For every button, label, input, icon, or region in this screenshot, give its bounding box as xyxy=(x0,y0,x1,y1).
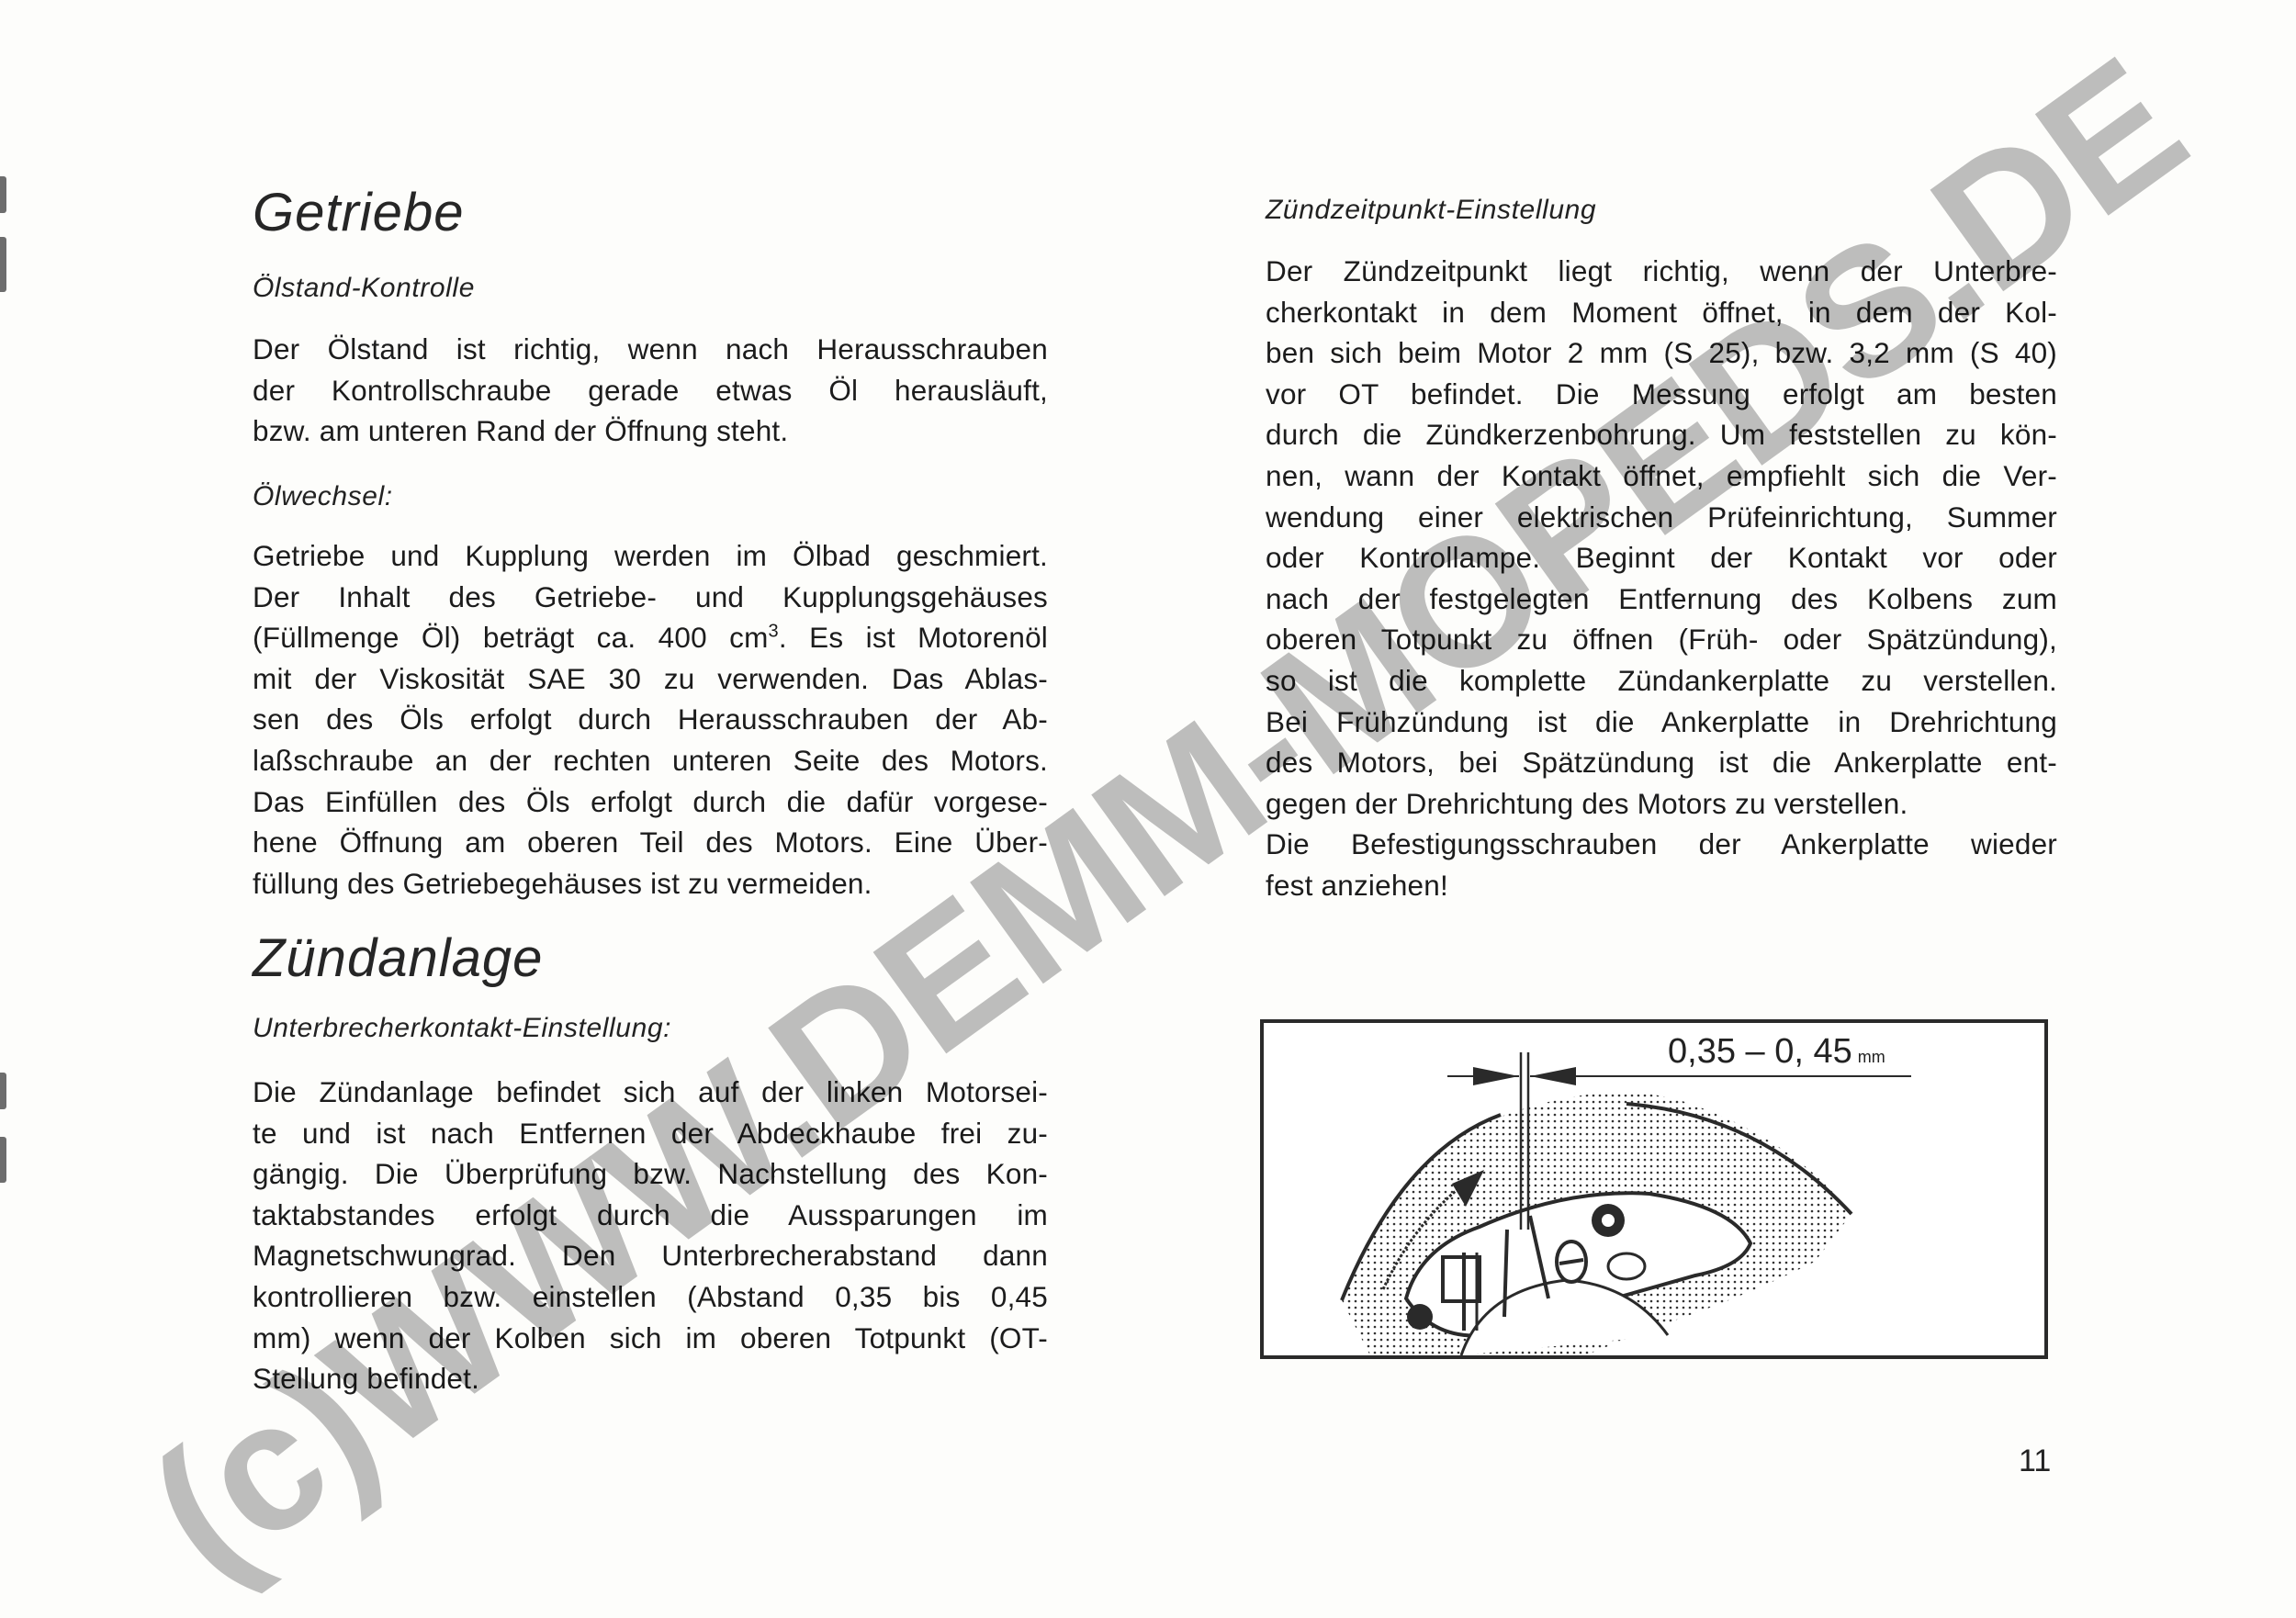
text-line: Der Zündzeitpunkt liegt richtig, wenn de… xyxy=(1266,251,2057,292)
text-line: fest anziehen! xyxy=(1266,865,2057,906)
superscript: 3 xyxy=(769,622,779,642)
page-number: 11 xyxy=(2019,1444,2051,1479)
text-line: oder Kontrollampe. Beginnt der Kontakt v… xyxy=(1266,537,2057,579)
text-line: Magnetschwungrad. Den Unterbrecherabstan… xyxy=(253,1235,1048,1276)
paragraph-oelwechsel: Getriebe und Kupplung werden im Ölbad ge… xyxy=(253,535,1048,904)
text-line: nen, wann der Kontakt öffnet, empfiehlt … xyxy=(1266,455,2057,497)
section-title-zuendanlage: Zündanlage xyxy=(253,927,543,989)
text-line: durch die Zündkerzenbohrung. Um feststel… xyxy=(1266,414,2057,455)
text-line: Die Zündanlage befindet sich auf der lin… xyxy=(253,1072,1048,1113)
text-line: cherkontakt in dem Moment öffnet, in dem… xyxy=(1266,292,2057,333)
subheading-unterbrecherkontakt: Unterbrecherkontakt-Einstellung: xyxy=(253,1013,671,1044)
subheading-zuendzeitpunkt: Zündzeitpunkt-Einstellung xyxy=(1266,195,1596,226)
text-line: mit der Viskosität SAE 30 zu verwenden. … xyxy=(253,658,1048,700)
text-line: der Kontrollschraube gerade etwas Öl her… xyxy=(253,370,1048,411)
text-line: Der Ölstand ist richtig, wenn nach Herau… xyxy=(253,329,1048,370)
gap-unit: mm xyxy=(1858,1048,1885,1066)
text-line: ben sich beim Motor 2 mm (S 25), bzw. 3,… xyxy=(1266,332,2057,374)
subheading-oelwechsel: Ölwechsel: xyxy=(253,481,393,512)
binder-mark xyxy=(0,176,6,213)
paragraph-oelstand: Der Ölstand ist richtig, wenn nach Herau… xyxy=(253,329,1048,452)
text-line: gegen der Drehrichtung des Motors zu ver… xyxy=(1266,783,2057,825)
text-line: bzw. am unteren Rand der Öffnung steht. xyxy=(253,410,1048,452)
paragraph-zuendzeitpunkt: Der Zündzeitpunkt liegt richtig, wenn de… xyxy=(1266,251,2057,906)
section-title-getriebe: Getriebe xyxy=(253,182,464,243)
text-line: Bei Frühzündung ist die Ankerplatte in D… xyxy=(1266,702,2057,743)
text-line: des Motors, bei Spätzündung ist die Anke… xyxy=(1266,742,2057,783)
text-line: (Füllmenge Öl) beträgt ca. 400 cm3. Es i… xyxy=(253,617,1048,658)
left-column: Getriebe Ölstand-Kontrolle Der Ölstand i… xyxy=(253,0,1048,1618)
binder-mark xyxy=(0,237,6,292)
right-column: Zündzeitpunkt-Einstellung Der Zündzeitpu… xyxy=(1266,0,2057,1010)
breaker-contact-illustration xyxy=(1264,1023,2044,1355)
text-fragment: (Füllmenge Öl) beträgt ca. 400 cm xyxy=(253,621,769,654)
text-line: mm) wenn der Kolben sich im oberen Totpu… xyxy=(253,1318,1048,1359)
text-line: oberen Totpunkt zu öffnen (Früh- oder Sp… xyxy=(1266,619,2057,660)
subheading-oelstand-kontrolle: Ölstand-Kontrolle xyxy=(253,273,475,304)
text-line: gängig. Die Überprüfung bzw. Nachstellun… xyxy=(253,1153,1048,1195)
text-line: vor OT befindet. Die Messung erfolgt am … xyxy=(1266,374,2057,415)
paragraph-zuendanlage: Die Zündanlage befindet sich auf der lin… xyxy=(253,1072,1048,1399)
binder-mark xyxy=(0,1137,6,1183)
text-line: Die Befestigungsschrauben der Ankerplatt… xyxy=(1266,824,2057,865)
binder-mark xyxy=(0,1073,6,1109)
text-line: füllung des Getriebegehäuses ist zu verm… xyxy=(253,863,1048,905)
text-line: Das Einfüllen des Öls erfolgt durch die … xyxy=(253,781,1048,823)
gap-value: 0,35 – 0, 45 xyxy=(1668,1032,1852,1071)
gap-dimension-label: 0,35 – 0, 45mm xyxy=(1668,1032,1885,1072)
text-line: hene Öffnung am oberen Teil des Motors. … xyxy=(253,822,1048,863)
text-line: Der Inhalt des Getriebe- und Kupplungsge… xyxy=(253,577,1048,618)
text-line: taktabstandes erfolgt durch die Aussparu… xyxy=(253,1195,1048,1236)
text-line: laßschraube an der rechten unteren Seite… xyxy=(253,740,1048,781)
text-line: te und ist nach Entfernen der Abdeckhaub… xyxy=(253,1113,1048,1154)
text-line: kontrollieren bzw. einstellen (Abstand 0… xyxy=(253,1276,1048,1318)
text-line: sen des Öls erfolgt durch Herausschraube… xyxy=(253,699,1048,740)
text-line: nach der festgelegten Entfernung des Kol… xyxy=(1266,579,2057,620)
text-line: Stellung befindet. xyxy=(253,1358,1048,1399)
text-line: wendung einer elektrischen Prüfeinrichtu… xyxy=(1266,497,2057,538)
text-fragment: . Es ist Motorenöl xyxy=(779,621,1048,654)
text-line: so ist die komplette Zündankerplatte zu … xyxy=(1266,660,2057,702)
text-line: Getriebe und Kupplung werden im Ölbad ge… xyxy=(253,535,1048,577)
contact-gap-figure: 0,35 – 0, 45mm xyxy=(1260,1019,2048,1359)
